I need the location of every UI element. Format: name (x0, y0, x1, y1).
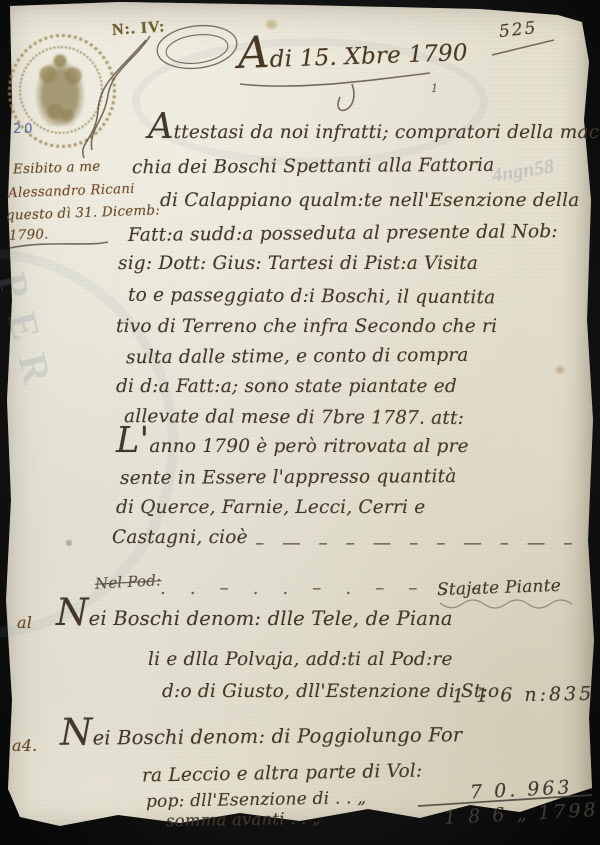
body-line: sulta dalle stime, e conto di compra (126, 345, 469, 368)
body-line: di Calappiano qualm:te nell'Esenzione de… (160, 190, 580, 211)
ledger-entry-line: Nei Boschi denom: dlle Tele, de Piana (56, 607, 453, 630)
body-line: L'anno 1790 è però ritrovata al pre (116, 436, 469, 457)
body-line: Castagni, cioè (112, 527, 248, 548)
ledger-amount: 1 1 6 n:835 (452, 683, 595, 707)
body-line: to e passeggiato d:i Boschi, il quantita (128, 285, 496, 309)
body-line: chia dei Boschi Spettanti alla Fattoria (132, 155, 495, 179)
body-line: Attestasi da noi infratti; compratori de… (148, 122, 599, 143)
archive-number-blue: 20 (13, 122, 36, 137)
row-marker: a4. (12, 736, 37, 755)
body-line: allevate dal mese di 7bre 1787. att: (124, 406, 464, 429)
body-line: tivo di Terreno che infra Secondo che ri (116, 316, 497, 337)
row-marker: al (17, 613, 32, 632)
paper-stain (556, 366, 564, 374)
ledger-entry-line: pop: dll'Esenzione di . . „ (146, 788, 367, 812)
corner-number-label: N:. IV: (111, 18, 166, 40)
photo-of-manuscript: PER 4ngn58 N:. IV: 20 525 Adi 15. Xbre 1… (0, 0, 600, 845)
page-number: 1 (431, 82, 438, 95)
body-line: di Querce, Farnie, Lecci, Cerri e (116, 497, 425, 518)
folio-number: 525 (498, 18, 538, 42)
ledger-amount: 7 0. 963 (469, 776, 573, 803)
body-line: sig: Dott: Gius: Tartesi di Pist:a Visit… (118, 253, 478, 274)
seal-coat-of-arms (30, 52, 90, 126)
exhibit-note-line: Esibito a me (13, 158, 101, 177)
ledger-entry-line: Nei Boschi denom: di Poggiolungo For (60, 723, 463, 750)
dash-filler: – — – – — – – — – — – (255, 533, 579, 554)
body-line: sente in Essere l'appresso quantità (120, 466, 457, 489)
exhibit-note-line: 1790. (9, 226, 49, 243)
total-label: somma avanti . . „ (166, 809, 321, 831)
ledger-entry-line: d:o di Giusto, dll'Estenzione di St:o (162, 681, 499, 702)
body-line: Fatt:a sudd:a posseduta al presente dal … (128, 221, 558, 246)
paper-stain (66, 540, 72, 546)
struck-entry: Nel Pod: (95, 571, 162, 592)
body-line: di d:a Fatt:a; sono state piantate ed (116, 376, 457, 397)
ledger-entry-line: li e dlla Polvaja, add:ti al Pod:re (148, 649, 453, 670)
